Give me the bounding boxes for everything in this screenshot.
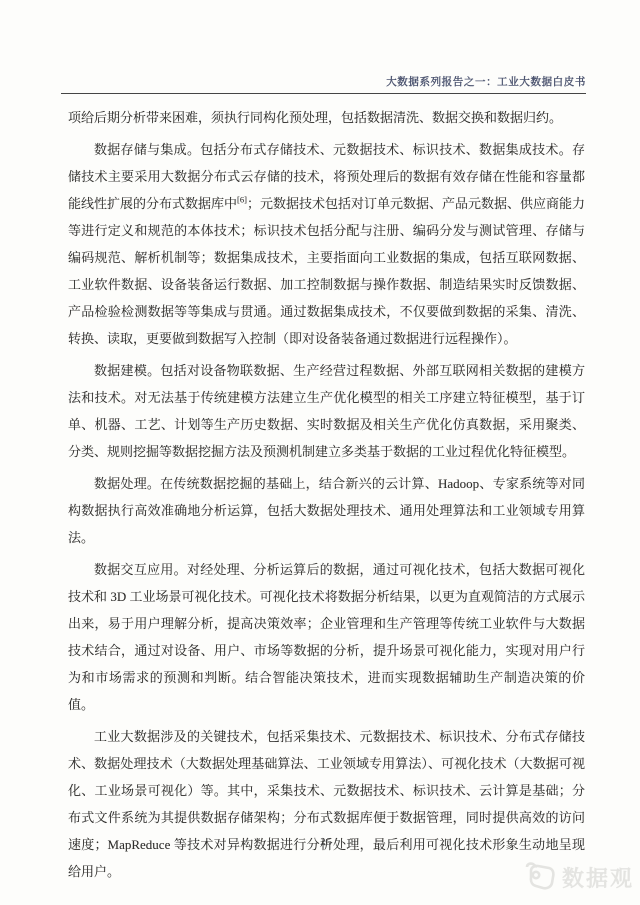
- text-run: 工业大数据涉及的关键技术，包括采集技术、元数据技术、标识技术、分布式存储技术、数…: [68, 729, 585, 879]
- shujuguan-logo-icon: [523, 861, 557, 893]
- text-run: 数据处理。在传统数据挖掘的基础上，结合新兴的云计算、Hadoop、专家系统等对同…: [68, 476, 585, 545]
- document-page: 大数据系列报告之一：工业大数据白皮书 项给后期分析带来困难，须执行同构化预处理，…: [0, 0, 640, 905]
- header-report-title: 大数据系列报告之一：工业大数据白皮书: [386, 77, 586, 88]
- footnote-ref: [6]: [237, 195, 247, 205]
- text-run: 项给后期分析带来困难，须执行同构化预处理，包括数据清洗、数据交换和数据归约。: [68, 110, 562, 125]
- paragraph: 数据建模。包括对设备物联数据、生产经营过程数据、外部互联网相关数据的建模方法和技…: [68, 357, 585, 465]
- page-number: 25: [68, 837, 585, 848]
- text-run: 数据建模。包括对设备物联数据、生产经营过程数据、外部互联网相关数据的建模方法和技…: [68, 363, 585, 459]
- paragraph: 项给后期分析带来困难，须执行同构化预处理，包括数据清洗、数据交换和数据归约。: [68, 104, 585, 131]
- paragraph: 工业大数据涉及的关键技术，包括采集技术、元数据技术、标识技术、分布式存储技术、数…: [68, 723, 585, 885]
- paragraph: 数据存储与集成。包括分布式存储技术、元数据技术、标识技术、数据集成技术。存储技术…: [68, 136, 585, 352]
- paragraph: 数据交互应用。对经处理、分析运算后的数据，通过可视化技术，包括大数据可视化技术和…: [68, 556, 585, 718]
- page-header: 大数据系列报告之一：工业大数据白皮书: [61, 72, 586, 94]
- watermark-brand-text: 数据观: [562, 862, 634, 893]
- paragraph: 数据处理。在传统数据挖掘的基础上，结合新兴的云计算、Hadoop、专家系统等对同…: [68, 470, 585, 551]
- text-run: 数据交互应用。对经处理、分析运算后的数据，通过可视化技术，包括大数据可视化技术和…: [68, 562, 585, 712]
- document-body: 项给后期分析带来困难，须执行同构化预处理，包括数据清洗、数据交换和数据归约。数据…: [68, 104, 585, 890]
- watermark: 数据观: [523, 855, 634, 899]
- text-run: ；元数据技术包括对订单元数据、产品元数据、供应商能力等进行定义和规范的本体技术；…: [68, 196, 585, 346]
